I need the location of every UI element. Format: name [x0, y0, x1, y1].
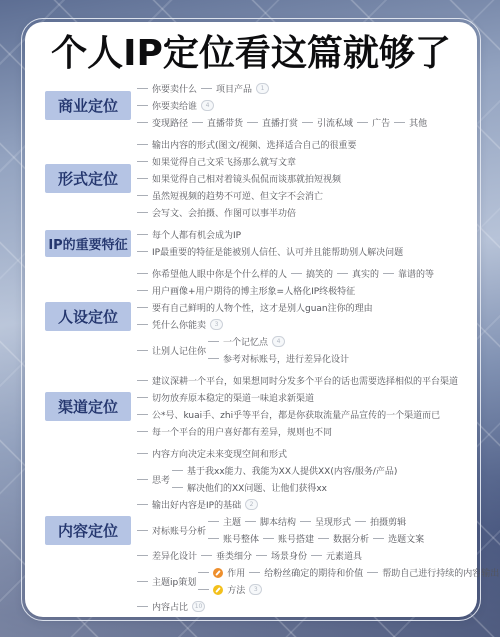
connector-line	[394, 122, 405, 123]
mindmap-row: 输出好内容是IP的基础2	[137, 496, 477, 513]
mindmap-node: 输出好内容是IP的基础	[152, 498, 241, 511]
count-badge-icon: 4	[272, 336, 285, 347]
mindmap-row: 每个人都有机会成为IP	[137, 226, 477, 243]
mindmap-row: 内容占比10	[137, 598, 477, 615]
marker-pen-icon	[213, 568, 223, 578]
mindmap-row: 凭什么你能卖3	[137, 316, 477, 333]
mindmap-node: 直播打赏	[262, 116, 298, 129]
branch-node: 让别人记住你	[152, 344, 206, 357]
mindmap-node: 给粉丝确定的期待和价值	[264, 566, 363, 579]
connector-line	[357, 122, 368, 123]
count-badge-icon: 3	[210, 319, 223, 330]
connector-line	[355, 521, 366, 522]
mindmap-node: 内容占比	[152, 600, 188, 613]
mindmap-row: 主题脚本结构呈现形式拍摄剪辑	[208, 513, 424, 530]
branch-node: 思考	[152, 473, 170, 486]
mindmap-row: 如果觉得自己相对着镜头侃侃而谈那就拍短视频	[137, 170, 477, 187]
mindmap-node: 变现路径	[152, 116, 188, 129]
connector-line	[291, 273, 302, 274]
mindmap-row: 解决他们的XX问题、让他们获得xx	[172, 479, 397, 496]
mindmap-row: 让别人记住你一个记忆点4参考对标账号，进行差异化设计	[137, 333, 477, 367]
mindmap-section: 渠道定位建议深耕一个平台，如果想同时分发多个平台的话也需要选择相似的平台渠道切勿…	[45, 372, 477, 440]
mindmap-node: 其他	[409, 116, 427, 129]
mindmap-node: 场景身份	[271, 549, 307, 562]
mindmap-node: 搞笑的	[306, 267, 333, 280]
section-branches: 你希望他人眼中你是个什么样的人搞笑的真实的靠谱的等用户画像+用户期待的博主形象=…	[137, 265, 477, 367]
mindmap-row: 虽然短视频的趋势不可逆、但文字不会消亡	[137, 187, 477, 204]
mindmap: 商业定位你要卖什么项目产品1你要卖给谁4变现路径直播带货直播打赏引流私域广告其他…	[25, 80, 477, 615]
screenshot-root: { "title": "个人IP定位看这篇就够了", "colors": { "…	[0, 0, 500, 637]
section-branches: 每个人都有机会成为IPIP最重要的特征是能被别人信任、认可并且能帮助别人解决问题	[137, 226, 477, 260]
connector-line	[256, 555, 267, 556]
section-label: 内容定位	[45, 516, 131, 545]
count-badge-icon: 2	[245, 499, 258, 510]
mindmap-row: 参考对标账号，进行差异化设计	[208, 350, 349, 367]
count-badge-icon: 10	[192, 601, 205, 612]
mindmap-node: 要有自己鲜明的人物个性，这才是别人guan注你的理由	[152, 301, 373, 314]
marker-pen-icon	[213, 585, 223, 595]
mindmap-row: 对标账号分析主题脚本结构呈现形式拍摄剪辑账号整体账号搭建数据分析选题文案	[137, 513, 477, 547]
mindmap-node: 你要卖给谁	[152, 99, 197, 112]
mindmap-row: 你要卖给谁4	[137, 97, 477, 114]
connector-line	[249, 572, 260, 573]
mindmap-section: IP的重要特征每个人都有机会成为IPIP最重要的特征是能被别人信任、认可并且能帮…	[45, 226, 477, 260]
mindmap-row: 你希望他人眼中你是个什么样的人搞笑的真实的靠谱的等	[137, 265, 477, 282]
mindmap-row: 会写文、会拍摄、作图可以事半功倍	[137, 204, 477, 221]
mindmap-row: 要有自己鲜明的人物个性，这才是别人guan注你的理由	[137, 299, 477, 316]
sub-branches: 一个记忆点4参考对标账号，进行差异化设计	[208, 333, 349, 367]
mindmap-node: 内容方向决定未来变现空间和形式	[152, 447, 287, 460]
mindmap-node: 你要卖什么	[152, 82, 197, 95]
mindmap-node: 拍摄剪辑	[370, 515, 406, 528]
sub-branches: 主题脚本结构呈现形式拍摄剪辑账号整体账号搭建数据分析选题文案	[208, 513, 424, 547]
mindmap-node: 作用	[227, 566, 245, 579]
mindmap-node: 会写文、会拍摄、作图可以事半功倍	[152, 206, 296, 219]
mindmap-row: 方法3	[198, 581, 499, 598]
connector-line	[300, 521, 311, 522]
count-badge-icon: 1	[256, 83, 269, 94]
connector-line	[245, 521, 256, 522]
section-branches: 输出内容的形式(图文/视频、选择适合自己的很重要如果觉得自己文采飞扬那么就写文章…	[137, 136, 477, 221]
mindmap-node: 一个记忆点	[223, 335, 268, 348]
mindmap-node: 解决他们的XX问题、让他们获得xx	[187, 481, 327, 494]
mindmap-node: 如果觉得自己文采飞扬那么就写文章	[152, 155, 296, 168]
connector-line	[318, 538, 329, 539]
section-label: 人设定位	[45, 302, 131, 331]
mindmap-row: 一个记忆点4	[208, 333, 349, 350]
mindmap-section: 人设定位你希望他人眼中你是个什么样的人搞笑的真实的靠谱的等用户画像+用户期待的博…	[45, 265, 477, 367]
mindmap-node: 每一个平台的用户喜好都有差异，规则也不同	[152, 425, 332, 438]
mindmap-node: 凭什么你能卖	[152, 318, 206, 331]
sub-branches: 作用给粉丝确定的期待和价值帮助自己进行持续的内容输出方法3	[198, 564, 499, 598]
section-label: 渠道定位	[45, 392, 131, 421]
mindmap-row: 你要卖什么项目产品1	[137, 80, 477, 97]
mindmap-node: 账号整体	[223, 532, 259, 545]
mindmap-node: 每个人都有机会成为IP	[152, 228, 241, 241]
connector-line	[367, 572, 378, 573]
mindmap-section: 形式定位输出内容的形式(图文/视频、选择适合自己的很重要如果觉得自己文采飞扬那么…	[45, 136, 477, 221]
mindmap-node: 直播带货	[207, 116, 243, 129]
section-label: 形式定位	[45, 164, 131, 193]
section-branches: 你要卖什么项目产品1你要卖给谁4变现路径直播带货直播打赏引流私域广告其他	[137, 80, 477, 131]
page-title: 个人IP定位看这篇就够了	[31, 32, 471, 76]
poster-card: 个人IP定位看这篇就够了 商业定位你要卖什么项目产品1你要卖给谁4变现路径直播带…	[25, 22, 477, 617]
section-branches: 建议深耕一个平台，如果想同时分发多个平台的话也需要选择相似的平台渠道切勿放弃原本…	[137, 372, 477, 440]
mindmap-row: 切勿放弃原本稳定的渠道一味追求新渠道	[137, 389, 477, 406]
mindmap-node: IP最重要的特征是能被别人信任、认可并且能帮助别人解决问题	[152, 245, 403, 258]
mindmap-node: 脚本结构	[260, 515, 296, 528]
count-badge-icon: 3	[249, 584, 262, 595]
mindmap-row: 思考基于我xx能力、我能为XX人提供XX(内容/服务/产品)解决他们的XX问题、…	[137, 462, 477, 496]
mindmap-row: IP最重要的特征是能被别人信任、认可并且能帮助别人解决问题	[137, 243, 477, 260]
mindmap-node: 输出内容的形式(图文/视频、选择适合自己的很重要	[152, 138, 357, 151]
mindmap-node: 基于我xx能力、我能为XX人提供XX(内容/服务/产品)	[187, 464, 397, 477]
mindmap-row: 账号整体账号搭建数据分析选题文案	[208, 530, 424, 547]
mindmap-node: 帮助自己进行持续的内容输出	[382, 566, 499, 579]
mindmap-section: 内容定位内容方向决定未来变现空间和形式思考基于我xx能力、我能为XX人提供XX(…	[45, 445, 477, 615]
mindmap-row: 基于我xx能力、我能为XX人提供XX(内容/服务/产品)	[172, 462, 397, 479]
mindmap-row: 输出内容的形式(图文/视频、选择适合自己的很重要	[137, 136, 477, 153]
section-label: IP的重要特征	[45, 230, 131, 257]
branch-node: 主题ip策划	[152, 575, 196, 588]
connector-line	[337, 273, 348, 274]
mindmap-node: 靠谱的等	[398, 267, 434, 280]
mindmap-node: 真实的	[352, 267, 379, 280]
mindmap-node: 元素道具	[326, 549, 362, 562]
mindmap-node: 垂类细分	[216, 549, 252, 562]
mindmap-node: 虽然短视频的趋势不可逆、但文字不会消亡	[152, 189, 323, 202]
section-branches: 内容方向决定未来变现空间和形式思考基于我xx能力、我能为XX人提供XX(内容/服…	[137, 445, 477, 615]
connector-line	[263, 538, 274, 539]
mindmap-row: 主题ip策划作用给粉丝确定的期待和价值帮助自己进行持续的内容输出方法3	[137, 564, 477, 598]
mindmap-node: 主题	[223, 515, 241, 528]
mindmap-node: 切勿放弃原本稳定的渠道一味追求新渠道	[152, 391, 314, 404]
mindmap-row: 用户画像+用户期待的博主形象=人格化IP终极特征	[137, 282, 477, 299]
branch-node: 对标账号分析	[152, 524, 206, 537]
connector-line	[201, 88, 212, 89]
mindmap-row: 变现路径直播带货直播打赏引流私域广告其他	[137, 114, 477, 131]
mindmap-row: 差异化设计垂类细分场景身份元素道具	[137, 547, 477, 564]
connector-line	[247, 122, 258, 123]
connector-line	[201, 555, 212, 556]
mindmap-node: 差异化设计	[152, 549, 197, 562]
connector-line	[311, 555, 322, 556]
mindmap-node: 你希望他人眼中你是个什么样的人	[152, 267, 287, 280]
count-badge-icon: 4	[201, 100, 214, 111]
connector-line	[383, 273, 394, 274]
mindmap-node: 公*号、kuai手、zhi乎等平台，都是你获取流量产品宣传的一个渠道而已	[152, 408, 440, 421]
mindmap-row: 作用给粉丝确定的期待和价值帮助自己进行持续的内容输出	[198, 564, 499, 581]
mindmap-row: 每一个平台的用户喜好都有差异，规则也不同	[137, 423, 477, 440]
mindmap-node: 引流私域	[317, 116, 353, 129]
section-label: 商业定位	[45, 91, 131, 120]
mindmap-section: 商业定位你要卖什么项目产品1你要卖给谁4变现路径直播带货直播打赏引流私域广告其他	[45, 80, 477, 131]
mindmap-node: 呈现形式	[315, 515, 351, 528]
mindmap-row: 公*号、kuai手、zhi乎等平台，都是你获取流量产品宣传的一个渠道而已	[137, 406, 477, 423]
mindmap-node: 广告	[372, 116, 390, 129]
mindmap-row: 内容方向决定未来变现空间和形式	[137, 445, 477, 462]
mindmap-node: 项目产品	[216, 82, 252, 95]
mindmap-node: 方法	[227, 583, 245, 596]
sub-branches: 基于我xx能力、我能为XX人提供XX(内容/服务/产品)解决他们的XX问题、让他…	[172, 462, 397, 496]
mindmap-node: 数据分析	[333, 532, 369, 545]
mindmap-row: 建议深耕一个平台，如果想同时分发多个平台的话也需要选择相似的平台渠道	[137, 372, 477, 389]
mindmap-node: 建议深耕一个平台，如果想同时分发多个平台的话也需要选择相似的平台渠道	[152, 374, 458, 387]
connector-line	[302, 122, 313, 123]
mindmap-node: 参考对标账号，进行差异化设计	[223, 352, 349, 365]
mindmap-node: 账号搭建	[278, 532, 314, 545]
mindmap-row: 如果觉得自己文采飞扬那么就写文章	[137, 153, 477, 170]
mindmap-node: 用户画像+用户期待的博主形象=人格化IP终极特征	[152, 284, 355, 297]
connector-line	[192, 122, 203, 123]
connector-line	[373, 538, 384, 539]
mindmap-node: 如果觉得自己相对着镜头侃侃而谈那就拍短视频	[152, 172, 341, 185]
mindmap-node: 选题文案	[388, 532, 424, 545]
